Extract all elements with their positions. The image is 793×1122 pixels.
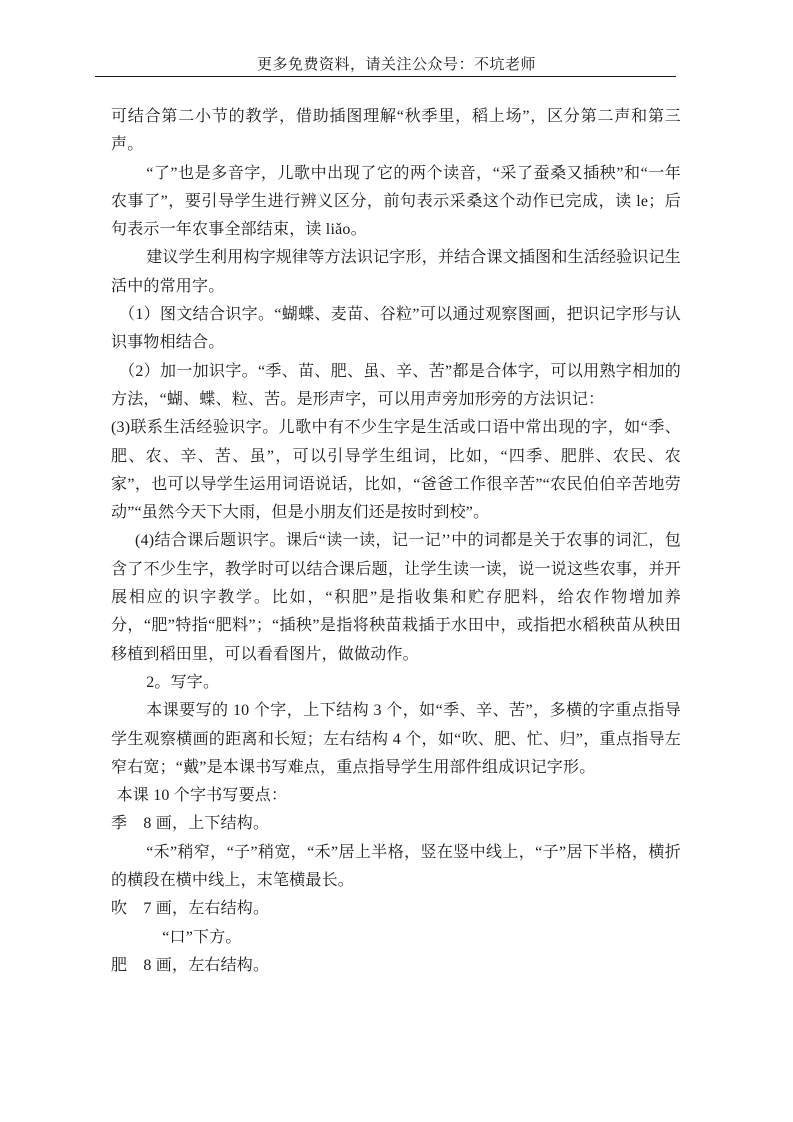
body-paragraph: “禾”稍窄，“子”稍宽，“禾”居上半格，竖在竖中线上，“子”居下半格，横折的横段… (111, 839, 681, 896)
body-paragraph: 本课要写的 10 个字，上下结构 3 个，如“季、辛、苦”，多横的字重点指导学生… (111, 697, 681, 782)
body-paragraph: (4)结合课后题识字。课后“读一读，记一记’’中的词都是关于农事的词汇，包含了不… (111, 527, 681, 668)
body-paragraph: 季 8 画，上下结构。 (111, 810, 681, 838)
body-paragraph: 可结合第二小节的教学，借助插图理解“秋季里，稻上场”，区分第二声和第三声。 (111, 103, 681, 160)
header-divider (95, 76, 676, 77)
document-body: 可结合第二小节的教学，借助插图理解“秋季里，稻上场”，区分第二声和第三声。 “了… (111, 103, 681, 980)
body-paragraph: 本课 10 个字书写要点： (111, 782, 681, 810)
body-paragraph: （2）加一加识字。“季、苗、肥、虽、辛、苦”都是合体字，可以用熟字相加的方法，“… (111, 358, 681, 415)
body-paragraph: 吹 7 画，左右结构。 (111, 895, 681, 923)
body-paragraph: 肥 8 画，左右结构。 (111, 952, 681, 980)
body-paragraph: (3)联系生活经验识字。儿歌中有不少生字是生活或口语中常出现的字，如“季、肥、农… (111, 414, 681, 527)
body-paragraph: （1）图文结合识字。“蝴蝶、麦苗、谷粒”可以通过观察图画，把识记字形与认识事物相… (111, 301, 681, 358)
page-header-text: 更多免费资料，请关注公众号：不坑老师 (0, 53, 793, 74)
document-page: 更多免费资料，请关注公众号：不坑老师 可结合第二小节的教学，借助插图理解“秋季里… (0, 0, 793, 1122)
body-paragraph: 建议学生利用构字规律等方法识记字形，并结合课文插图和生活经验识记生活中的常用字。 (111, 244, 681, 301)
body-paragraph: “了”也是多音字，儿歌中出现了它的两个读音，“采了蚕桑又插秧”和“一年农事了”，… (111, 160, 681, 245)
body-paragraph: 2。写字。 (111, 669, 681, 697)
body-paragraph: “口”下方。 (111, 924, 681, 952)
